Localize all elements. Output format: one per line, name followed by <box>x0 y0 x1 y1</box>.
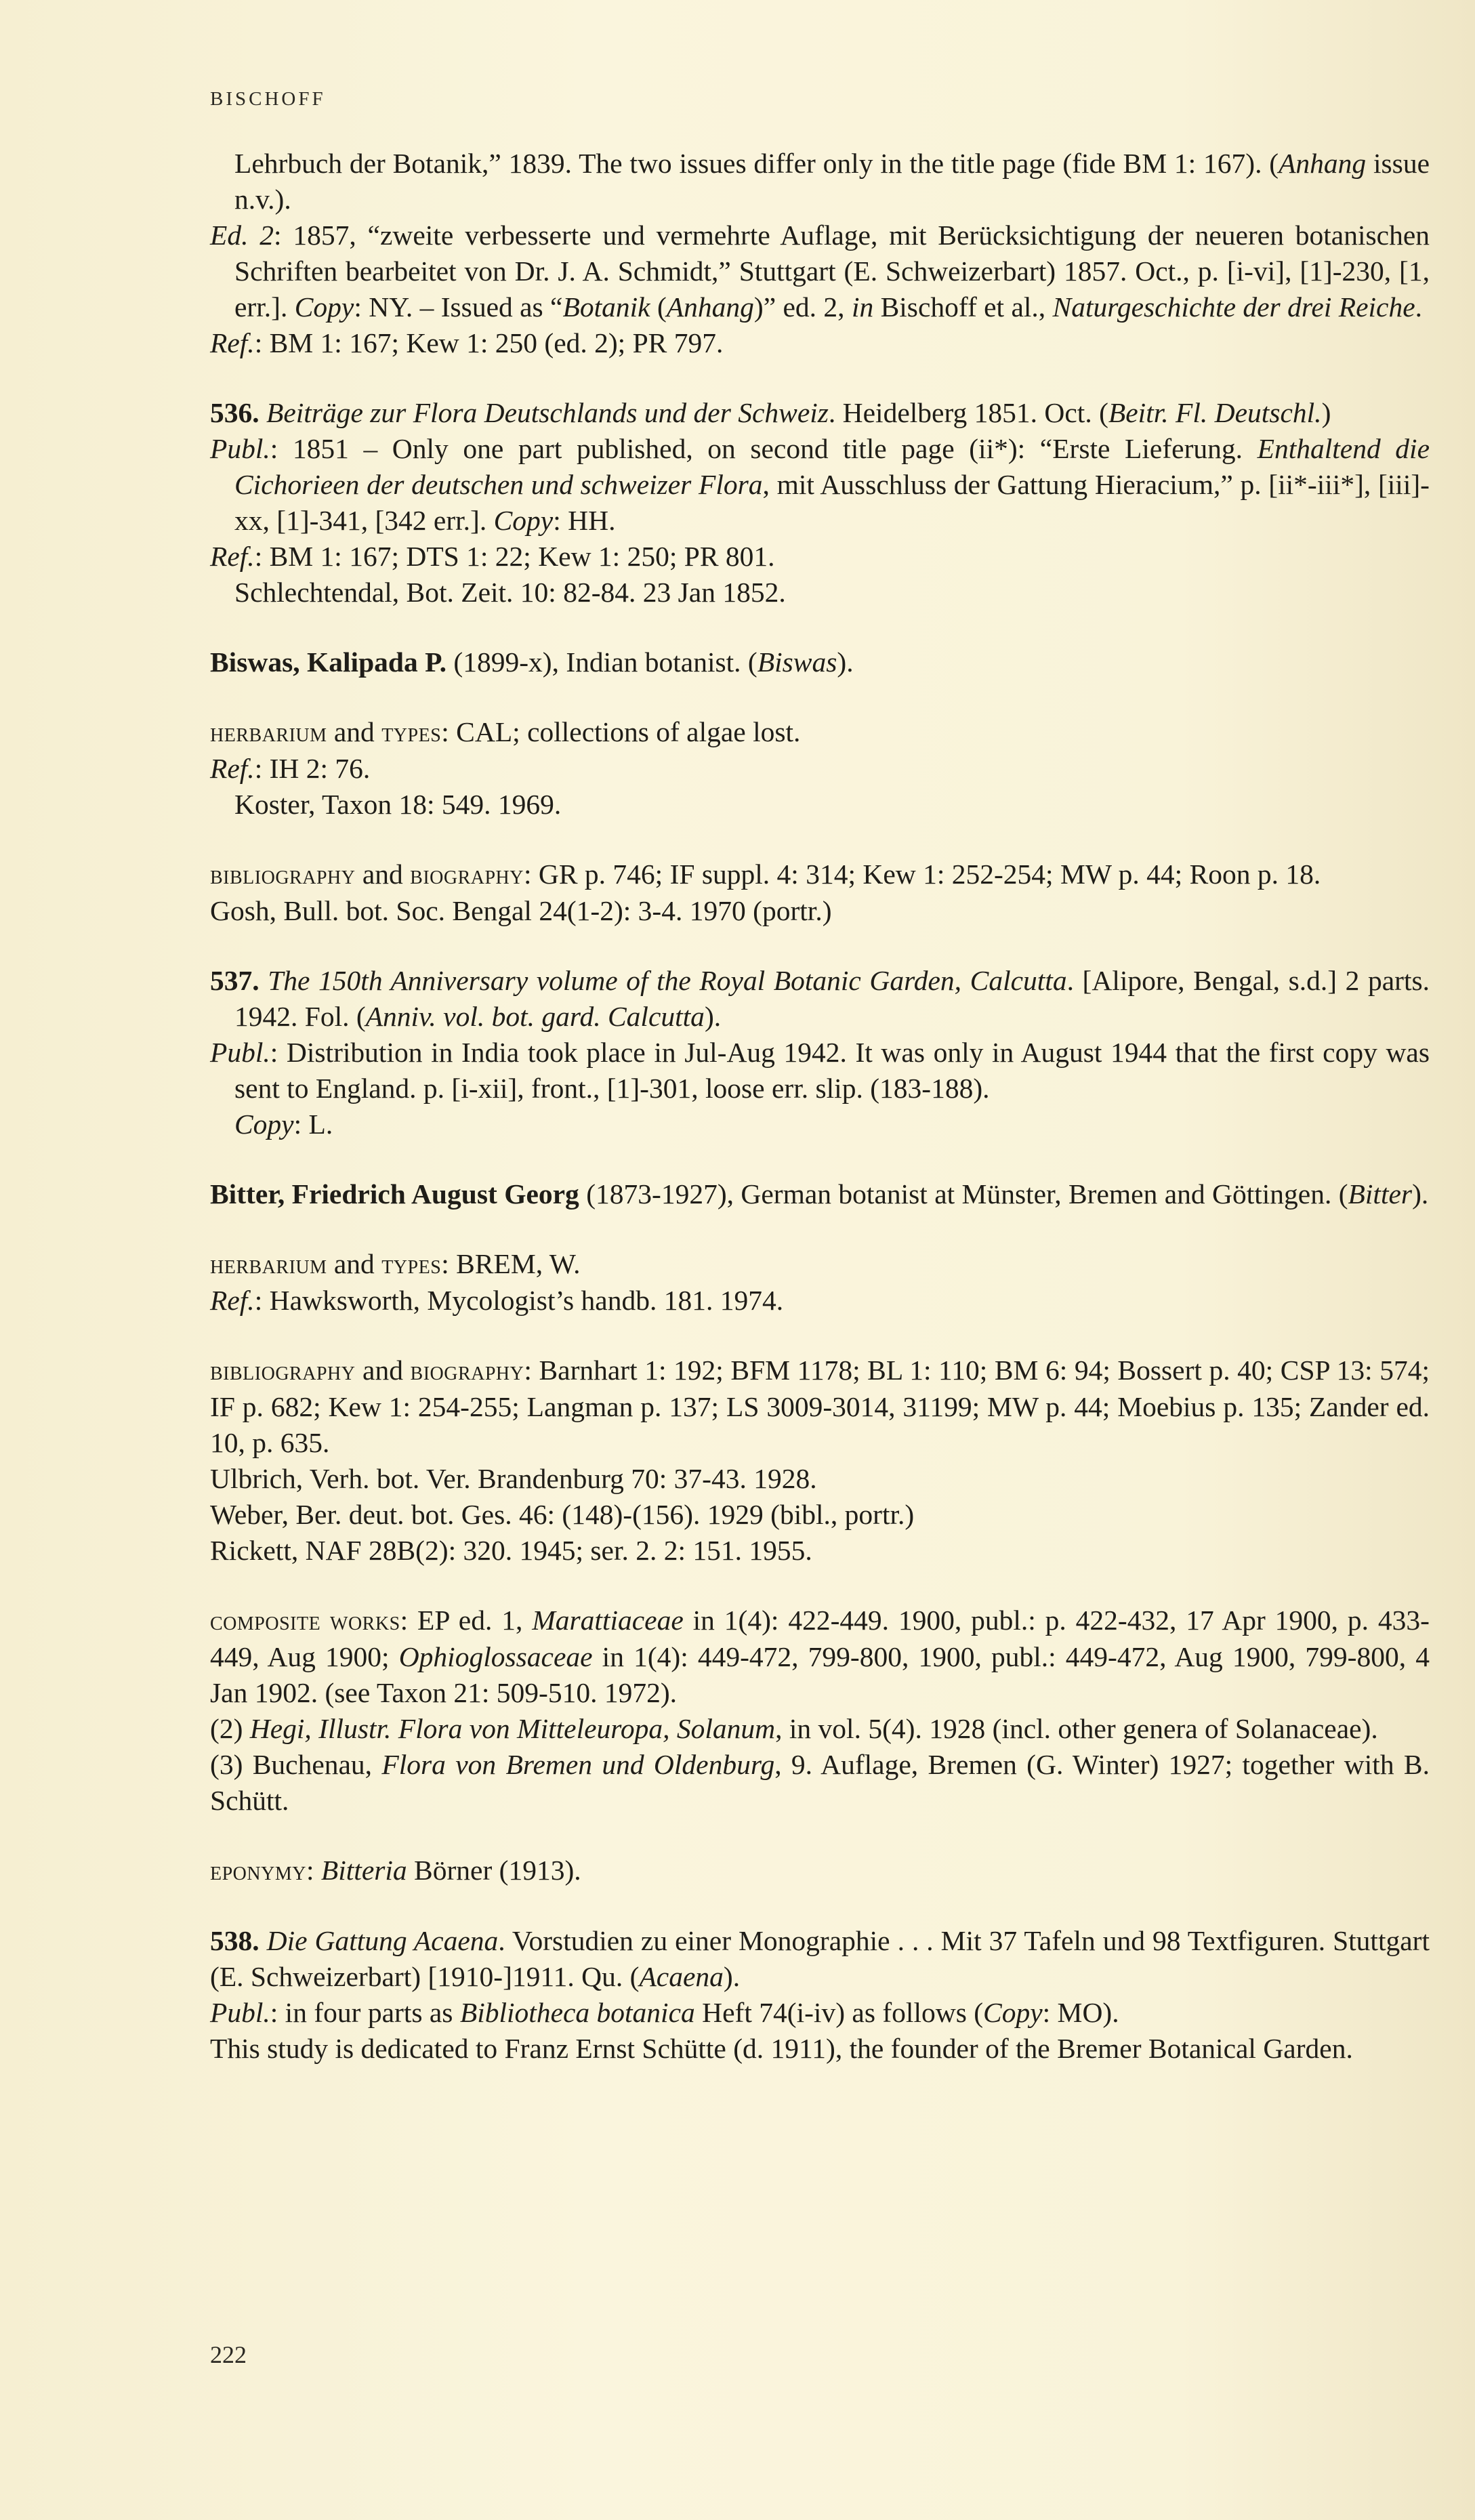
entry-paragraph: This study is dedicated to Franz Ernst S… <box>210 2031 1430 2067</box>
text-run: and <box>355 859 410 890</box>
entry-paragraph: bibliography and biography: GR p. 746; I… <box>210 856 1430 893</box>
text-run: Copy <box>494 505 554 536</box>
entry-paragraph: Ed. 2: 1857, “zweite verbesserte und ver… <box>210 218 1430 325</box>
text-run: Bischoff et al., <box>873 291 1052 323</box>
entry-heading: 536. <box>210 397 259 428</box>
text-run: Ref. <box>210 753 255 784</box>
entry-block: eponymy: Bitteria Börner (1913). <box>210 1853 1430 1889</box>
text-run: Ophioglossaceae <box>399 1641 593 1672</box>
text-run: : NY. – Issued as “ <box>354 291 562 323</box>
text-run: Ulbrich, Verh. bot. Ver. Brandenburg 70:… <box>210 1463 817 1494</box>
text-run: Bibliotheca botanica <box>460 1997 695 2028</box>
text-run: Die Gattung Acaena <box>267 1925 499 1956</box>
section-label: herbarium <box>210 1249 327 1279</box>
text-run: . <box>1415 291 1422 323</box>
text-run: ). <box>837 646 853 678</box>
section-label: eponymy <box>210 1856 306 1886</box>
text-run: : IH 2: 76. <box>255 753 371 784</box>
text-run: Schlechtendal, Bot. Zeit. 10: 82-84. 23 … <box>234 577 786 608</box>
page-body: BISCHOFF Lehrbuch der Botanik,” 1839. Th… <box>210 88 1430 2101</box>
entry-block: Lehrbuch der Botanik,” 1839. The two iss… <box>210 146 1430 361</box>
text-run: and <box>355 1355 410 1386</box>
text-run: Koster, Taxon 18: 549. 1969. <box>234 789 561 820</box>
text-run: Lehrbuch der Botanik,” 1839. The two iss… <box>234 148 1279 179</box>
text-run: Copy <box>295 291 354 323</box>
entry-paragraph: (3) Buchenau, Flora von Bremen und Olden… <box>210 1747 1430 1819</box>
text-run: : in four parts as <box>270 1997 460 2028</box>
entry-paragraph: Rickett, NAF 28B(2): 320. 1945; ser. 2. … <box>210 1533 1430 1569</box>
entry-paragraph: Lehrbuch der Botanik,” 1839. The two iss… <box>210 146 1430 218</box>
entry-heading: 538. <box>210 1925 259 1956</box>
entries: Lehrbuch der Botanik,” 1839. The two iss… <box>210 146 1430 2067</box>
entry-paragraph: Schlechtendal, Bot. Zeit. 10: 82-84. 23 … <box>210 575 1430 611</box>
text-run: Marattiaceae <box>532 1605 684 1636</box>
text-run: : EP ed. 1, <box>400 1605 533 1636</box>
entry-paragraph: Publ.: Distribution in India took place … <box>210 1035 1430 1107</box>
text-run: . Heidelberg 1851. Oct. ( <box>829 397 1108 428</box>
text-run: Rickett, NAF 28B(2): 320. 1945; ser. 2. … <box>210 1535 812 1566</box>
text-run: Börner (1913). <box>407 1855 581 1886</box>
entry-paragraph: eponymy: Bitteria Börner (1913). <box>210 1853 1430 1889</box>
entry-paragraph: herbarium and types: CAL; collections of… <box>210 714 1430 751</box>
entry-block: herbarium and types: BREM, W.Ref.: Hawks… <box>210 1246 1430 1319</box>
section-label: composite works <box>210 1606 400 1636</box>
page-number: 222 <box>210 2340 247 2369</box>
entry-block: bibliography and biography: GR p. 746; I… <box>210 856 1430 929</box>
section-label: bibliography <box>210 1356 355 1386</box>
text-run: and <box>327 716 382 747</box>
text-run: Flora von Bremen und Oldenburg <box>381 1749 774 1780</box>
text-run: Ed. 2 <box>210 220 274 251</box>
text-run: Ref. <box>210 541 255 572</box>
text-run: Copy <box>234 1109 294 1140</box>
text-run: : Distribution in India took place in Ju… <box>234 1037 1430 1104</box>
text-run: (3) Buchenau, <box>210 1749 381 1780</box>
text-run: ( <box>650 291 667 323</box>
text-run: : 1851 – Only one part published, on sec… <box>270 433 1258 464</box>
text-run: Gosh, Bull. bot. Soc. Bengal 24(1-2): 3-… <box>210 895 832 926</box>
entry-paragraph: 538. Die Gattung Acaena. Vorstudien zu e… <box>210 1923 1430 1995</box>
entry-paragraph: herbarium and types: BREM, W. <box>210 1246 1430 1283</box>
entry-paragraph: Ref.: BM 1: 167; Kew 1: 250 (ed. 2); PR … <box>210 325 1430 361</box>
text-run: : HH. <box>553 505 615 536</box>
section-label: herbarium <box>210 718 327 747</box>
text-run: : <box>306 1855 321 1886</box>
entry-paragraph: Ref.: Hawksworth, Mycologist’s handb. 18… <box>210 1283 1430 1319</box>
text-run: Anniv. vol. bot. gard. Calcutta <box>366 1001 705 1032</box>
entry-paragraph: 536. Beiträge zur Flora Deutschlands und… <box>210 395 1430 431</box>
text-run: )” ed. 2, <box>754 291 852 323</box>
text-run: (1873-1927), German botanist at Münster,… <box>579 1178 1348 1210</box>
text-run: Bitter <box>1348 1178 1413 1210</box>
text-run: : L. <box>294 1109 333 1140</box>
text-run: : MO). <box>1043 1997 1119 2028</box>
text-run: Copy <box>983 1997 1043 2028</box>
text-run: Botanik <box>562 291 650 323</box>
entry-block: composite works: EP ed. 1, Marattiaceae … <box>210 1603 1430 1819</box>
text-run: (1899-x), Indian botanist. ( <box>446 646 757 678</box>
entry-paragraph: Koster, Taxon 18: 549. 1969. <box>210 787 1430 823</box>
entry-paragraph: Ref.: IH 2: 76. <box>210 751 1430 787</box>
text-run: The 150th Anniversary volume of the Roya… <box>268 965 1066 996</box>
text-run: Publ. <box>210 1997 270 2028</box>
entry-paragraph: Gosh, Bull. bot. Soc. Bengal 24(1-2): 3-… <box>210 893 1430 929</box>
entry-paragraph: Biswas, Kalipada P. (1899-x), Indian bot… <box>210 644 1430 680</box>
text-run: Biswas <box>757 646 837 678</box>
text-run: : BM 1: 167; Kew 1: 250 (ed. 2); PR 797. <box>255 327 724 358</box>
entry-paragraph: (2) Hegi, Illustr. Flora von Mitteleurop… <box>210 1711 1430 1747</box>
text-run: Acaena <box>639 1961 723 1992</box>
text-run <box>259 965 268 996</box>
text-run: Publ. <box>210 1037 270 1068</box>
text-run: : CAL; collections of algae lost. <box>441 716 800 747</box>
entry-paragraph: Copy: L. <box>210 1107 1430 1142</box>
text-run: and <box>327 1248 382 1279</box>
text-run: in <box>852 291 873 323</box>
text-run: Anhang <box>667 291 754 323</box>
section-label: biography <box>410 860 524 890</box>
text-run: Publ. <box>210 433 270 464</box>
entry-block: bibliography and biography: Barnhart 1: … <box>210 1352 1430 1569</box>
text-run: : GR p. 746; IF suppl. 4: 314; Kew 1: 25… <box>524 859 1321 890</box>
text-run: : BREM, W. <box>441 1248 580 1279</box>
text-run <box>259 397 266 428</box>
text-run: Ref. <box>210 1285 255 1316</box>
entry-block: Biswas, Kalipada P. (1899-x), Indian bot… <box>210 644 1430 680</box>
text-run: Heft 74(i-iv) as follows ( <box>695 1997 983 2028</box>
section-label: types <box>381 718 441 747</box>
text-run: : Hawksworth, Mycologist’s handb. 181. 1… <box>255 1285 783 1316</box>
entry-paragraph: Ulbrich, Verh. bot. Ver. Brandenburg 70:… <box>210 1461 1430 1497</box>
text-run: Ref. <box>210 327 255 358</box>
entry-heading: 537. <box>210 965 259 996</box>
section-label: types <box>381 1249 441 1279</box>
entry-paragraph: Bitter, Friedrich August Georg (1873-192… <box>210 1176 1430 1212</box>
entry-block: 537. The 150th Anniversary volume of the… <box>210 963 1430 1142</box>
text-run: Naturgeschichte der drei Reiche <box>1053 291 1415 323</box>
entry-block: Bitter, Friedrich August Georg (1873-192… <box>210 1176 1430 1212</box>
entry-paragraph: composite works: EP ed. 1, Marattiaceae … <box>210 1603 1430 1711</box>
running-head: BISCHOFF <box>210 88 1430 110</box>
text-run: (2) <box>210 1713 250 1744</box>
text-run: Beiträge zur Flora Deutschlands und der … <box>266 397 829 428</box>
text-run: : BM 1: 167; DTS 1: 22; Kew 1: 250; PR 8… <box>255 541 775 572</box>
entry-heading: Bitter, Friedrich August Georg <box>210 1178 579 1210</box>
entry-paragraph: Publ.: in four parts as Bibliotheca bota… <box>210 1995 1430 2031</box>
text-run: , in vol. 5(4). 1928 (incl. other genera… <box>775 1713 1378 1744</box>
text-run: ) <box>1322 397 1331 428</box>
entry-paragraph: Publ.: 1851 – Only one part published, o… <box>210 431 1430 539</box>
text-run: ). <box>724 1961 740 1992</box>
entry-block: 536. Beiträge zur Flora Deutschlands und… <box>210 395 1430 611</box>
entry-paragraph: Ref.: BM 1: 167; DTS 1: 22; Kew 1: 250; … <box>210 539 1430 575</box>
entry-paragraph: Weber, Ber. deut. bot. Ges. 46: (148)-(1… <box>210 1497 1430 1533</box>
text-run <box>259 1925 267 1956</box>
text-run: Beitr. Fl. Deutschl. <box>1108 397 1322 428</box>
text-run: ). <box>1412 1178 1428 1210</box>
section-label: bibliography <box>210 860 355 890</box>
entry-heading: Biswas, Kalipada P. <box>210 646 446 678</box>
text-run: This study is dedicated to Franz Ernst S… <box>210 2033 1353 2064</box>
text-run: Anhang <box>1279 148 1366 179</box>
entry-paragraph: bibliography and biography: Barnhart 1: … <box>210 1352 1430 1461</box>
text-run: Hegi, Illustr. Flora von Mitteleuropa, S… <box>250 1713 775 1744</box>
section-label: biography <box>411 1356 524 1386</box>
text-run: Weber, Ber. deut. bot. Ges. 46: (148)-(1… <box>210 1499 914 1530</box>
entry-paragraph: 537. The 150th Anniversary volume of the… <box>210 963 1430 1035</box>
entry-block: herbarium and types: CAL; collections of… <box>210 714 1430 823</box>
text-run: ). <box>705 1001 721 1032</box>
entry-block: 538. Die Gattung Acaena. Vorstudien zu e… <box>210 1923 1430 2067</box>
text-run: Bitteria <box>321 1855 407 1886</box>
